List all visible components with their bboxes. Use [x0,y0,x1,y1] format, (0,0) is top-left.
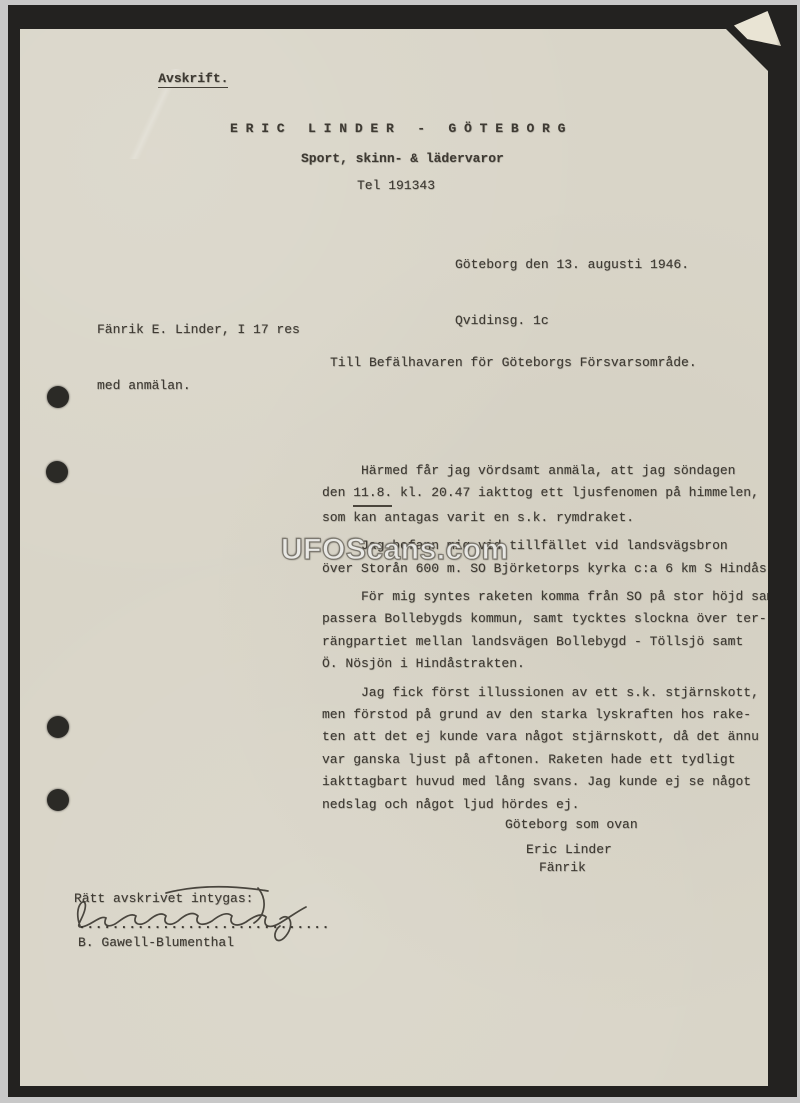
paragraph-1: Härmed får jag vördsamt anmäla, att jag … [322,460,782,529]
scanned-letter-page: { "watermark": "UFOScans.com", "annotati… [0,0,800,1103]
sender-block: Fänrik E. Linder, I 17 res med anmälan. [97,284,300,432]
closing-title: Fänrik [539,860,586,875]
dateline-place-date: Göteborg den 13. augusti 1946. [455,256,689,275]
underlined-date: 11.8. [353,482,392,506]
letter-body: Härmed får jag vördsamt anmäla, att jag … [322,460,782,822]
punch-hole [47,789,69,811]
copy-annotation-text: Avskrift. [158,71,228,88]
body-text: den [322,485,353,500]
body-line: rängpartiet mellan landsvägen Bollebygd … [322,631,782,653]
signature-stroke [78,902,306,927]
paragraph-3: För mig syntes raketen komma från SO på … [322,586,782,676]
dateline-address: Qvidinsg. 1c [455,312,689,331]
dateline: Göteborg den 13. augusti 1946. Qvidinsg.… [455,219,689,367]
recipient-line: Till Befälhavaren för Göteborgs Försvars… [330,355,697,370]
sender-note: med anmälan. [97,377,300,396]
body-line: nedslag och något ljud hördes ej. [322,794,782,816]
body-line: men förstod på grund av den starka lyskr… [322,704,782,726]
letterhead-company: E R I C L I N D E R - G Ö T E B O R G [230,121,565,136]
body-line: som kan antagas varit en s.k. rymdraket. [322,507,782,529]
signature-flourish [166,887,268,893]
signature-loop [254,888,264,923]
sender-name: Fänrik E. Linder, I 17 res [97,321,300,340]
body-line: Härmed får jag vördsamt anmäla, att jag … [322,460,782,482]
watermark: UFOScans.com [281,533,509,567]
letterhead-tagline: Sport, skinn- & lädervaror [301,151,504,166]
body-line: iakttagbart huvud med lång svans. Jag ku… [322,771,782,793]
body-line: Jag fick först illussionen av ett s.k. s… [322,682,782,704]
closing-name: Eric Linder [526,842,612,857]
body-text: kl. 20.47 iakttog ett ljusfenomen på him… [392,485,759,500]
body-line: passera Bollebygds kommun, samt tycktes … [322,608,782,630]
punch-hole [47,716,69,738]
copy-annotation: Avskrift. [127,56,228,103]
body-line: ten att det ej kunde vara något stjärnsk… [322,726,782,748]
body-line: För mig syntes raketen komma från SO på … [322,586,782,608]
paragraph-4: Jag fick först illussionen av ett s.k. s… [322,682,782,816]
punch-hole [47,386,69,408]
body-line: Ö. Nösjön i Hindåstrakten. [322,653,782,675]
letterhead-phone: Tel 191343 [357,178,435,193]
body-line: var ganska ljust på aftonen. Raketen had… [322,749,782,771]
handwritten-signature [68,882,324,948]
closing-place: Göteborg som ovan [505,817,638,832]
body-line: den 11.8. kl. 20.47 iakttog ett ljusfeno… [322,482,782,506]
punch-hole [46,461,68,483]
